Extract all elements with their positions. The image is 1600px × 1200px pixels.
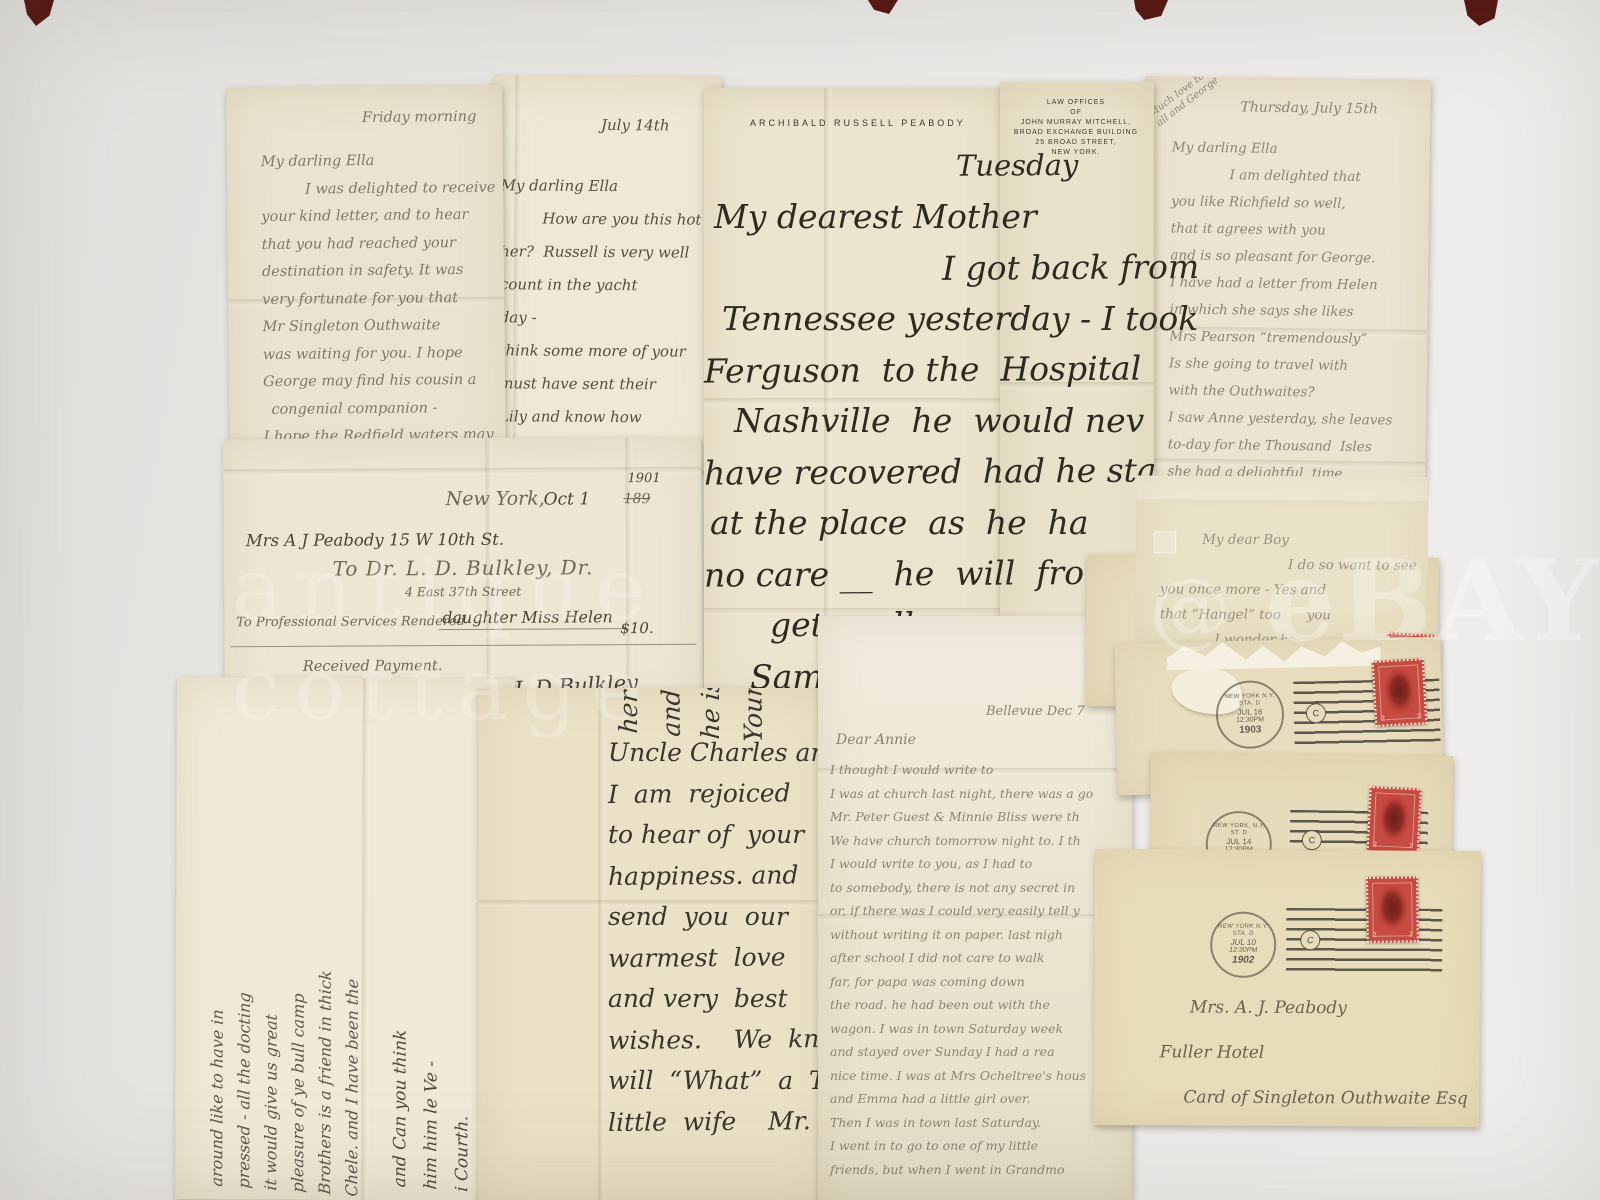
bill-services-value: daughter Miss Helen — [438, 607, 627, 630]
postage-stamp: 2 2 — [1366, 876, 1419, 943]
bill-city: New York, — [446, 488, 545, 511]
stamp-denomination: 2 — [1373, 932, 1377, 939]
bill-date: Oct 1 — [544, 489, 591, 509]
letter-corner-note: Much love to all and George — [1147, 76, 1224, 130]
photo-of-antique-letters: July 14th My darling EllaHow are you thi… — [0, 0, 1600, 1200]
background-speck — [868, 0, 898, 14]
envelope-addressed-peabody: NEW YORK N.Y. STA. DJUL 1012:30PM1902 C … — [1093, 849, 1480, 1127]
letter-body: My darling EllaI am delighted thatyou li… — [1167, 134, 1396, 488]
bill-payee: To Dr. L. D. Bulkley, Dr. — [224, 555, 702, 582]
sideways-writing-column: and Can you thinkhim him le Ve -i Courth… — [385, 716, 480, 1193]
letter-bottom-left-sideways: around like to have inpressed - all the … — [175, 677, 515, 1200]
bill-received-label: Received Payment. — [224, 658, 520, 676]
letter-salutation: Dear Annie — [836, 732, 916, 748]
bill-addressee: Mrs A J Peabody 15 W 10th St. — [246, 530, 504, 550]
torn-edge — [1166, 637, 1381, 671]
letter-friday-morning: Friday morning My darling EllaI was deli… — [226, 85, 506, 466]
stamp-denomination: 2 — [1409, 931, 1413, 938]
cancellation-letter: C — [1300, 930, 1320, 950]
postage-stamp: 2 2 — [1367, 786, 1422, 854]
doctor-bill-receipt: New York, Oct 1 1901 189 Mrs A J Peabody… — [223, 437, 702, 709]
bill-payee-address: 4 East 37th Street — [224, 583, 702, 601]
letter-dateline: Bellevue Dec 7 — [986, 704, 1085, 719]
letter-body: My darling EllaI was delighted to receiv… — [261, 147, 498, 452]
letter-july14: July 14th My darling EllaHow are you thi… — [491, 75, 722, 471]
stamp-portrait — [1372, 882, 1413, 936]
letter-dateline: July 14th — [601, 116, 670, 134]
stamp-denomination: 2 — [1381, 715, 1385, 722]
letter-body: My darling EllaHow are you this hother? … — [499, 169, 702, 467]
postage-stamp: 2 2 — [1372, 658, 1428, 727]
postmark: NEW YORK N.Y. STA. DJUL 1612:30PM1903 — [1215, 680, 1284, 749]
fold-crease — [1136, 475, 1428, 501]
fold-crease — [598, 688, 607, 1200]
letter-body: I thought I would write toI was at churc… — [830, 758, 1093, 1181]
background-speck — [24, 0, 54, 26]
envelope-address: Mrs. A. J. PeabodyFuller HotelCard of Si… — [1159, 985, 1468, 1127]
bill-amount: $10. — [620, 619, 654, 637]
bill-year-written: 1901 — [627, 471, 660, 486]
background-speck — [1134, 0, 1168, 20]
stamp-portrait — [1378, 664, 1421, 720]
letter-body: Uncle Charles anI am rejoicedto hear of … — [608, 732, 830, 1142]
sideways-writing-column: around like to have inpressed - all the … — [203, 716, 367, 1198]
stamp-denomination: 2 — [1373, 841, 1377, 848]
letter-dateline: Friday morning — [362, 109, 477, 126]
letter-uncle-charles: her Chapman for himselfand can be gratit… — [478, 688, 830, 1200]
letterhead-archibald-russell-peabody: ARCHIBALD RUSSELL PEABODY — [750, 118, 966, 128]
letter-dateline: Thursday, July 15th — [1240, 99, 1378, 117]
postmark: NEW YORK N.Y. STA. DJUL 1012:30PM1902 — [1210, 912, 1276, 978]
bill-services-label: To Professional Services Rendered — [236, 614, 465, 630]
stamp-portrait — [1373, 792, 1416, 848]
stamp-denomination: 2 — [1409, 843, 1413, 850]
bill-year-printed: 189 — [624, 491, 651, 507]
stamp-denomination: 2 — [1417, 713, 1421, 720]
background-speck — [1464, 0, 1498, 26]
